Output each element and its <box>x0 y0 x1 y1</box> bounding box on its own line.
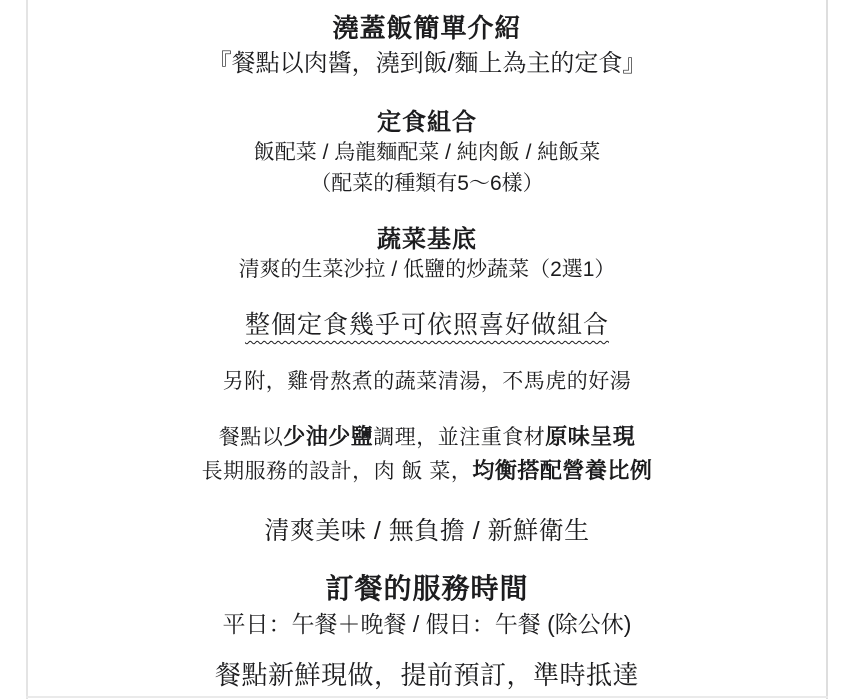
veggie-base-heading: 蔬菜基底 <box>26 225 828 255</box>
cooking-line-1: 餐點以少油少鹽調理，並注重食材原味呈現 <box>26 423 828 452</box>
slogan-line: 清爽美味 / 無負擔 / 新鮮衛生 <box>26 515 828 548</box>
menu-content: 澆蓋飯簡單介紹 『餐點以肉醬，澆到飯/麵上為主的定食』 定食組合 飯配菜 / 烏… <box>26 11 828 692</box>
service-hours-heading: 訂餐的服務時間 <box>26 572 828 606</box>
veggie-base-options: 清爽的生菜沙拉 / 低鹽的炒蔬菜（2選1） <box>26 256 828 284</box>
cooking-line1-bold-lowfat: 少油少鹽 <box>283 424 373 449</box>
set-meal-note: （配菜的種類有5～6樣） <box>26 170 828 198</box>
set-meal-heading: 定食組合 <box>26 108 828 138</box>
page-title: 澆蓋飯簡單介紹 <box>26 11 828 45</box>
cooking-line1-prefix: 餐點以 <box>219 426 284 449</box>
highlight-underlined-text: 整個定食幾乎可依照喜好做組合 <box>245 311 609 339</box>
closing-statement: 餐點新鮮現做，提前預訂，準時抵達 <box>26 659 828 692</box>
intro-subtitle: 『餐點以肉醬，澆到飯/麵上為主的定食』 <box>26 49 828 79</box>
set-meal-options: 飯配菜 / 烏龍麵配菜 / 純肉飯 / 純飯菜 <box>26 139 828 167</box>
cooking-line2-bold-balance: 均衡搭配營養比例 <box>472 458 652 483</box>
cooking-line1-mid: 調理，並注重食材 <box>373 426 545 449</box>
cooking-line-2: 長期服務的設計，肉 飯 菜，均衡搭配營養比例 <box>26 456 828 487</box>
soup-note: 另附，雞骨熬煮的蔬菜清湯，不馬虎的好湯 <box>26 368 828 396</box>
cooking-line1-bold-original-flavor: 原味呈現 <box>545 424 635 449</box>
service-hours-detail: 平日：午餐＋晚餐 / 假日：午餐 (除公休) <box>26 610 828 639</box>
menu-flyer-page: 澆蓋飯簡單介紹 『餐點以肉醬，澆到飯/麵上為主的定食』 定食組合 飯配菜 / 烏… <box>0 0 850 699</box>
highlight-statement: 整個定食幾乎可依照喜好做組合 <box>26 308 828 342</box>
cooking-line2-prefix: 長期服務的設計，肉 飯 菜， <box>202 460 473 483</box>
page-bottom-edge-line <box>26 696 828 698</box>
